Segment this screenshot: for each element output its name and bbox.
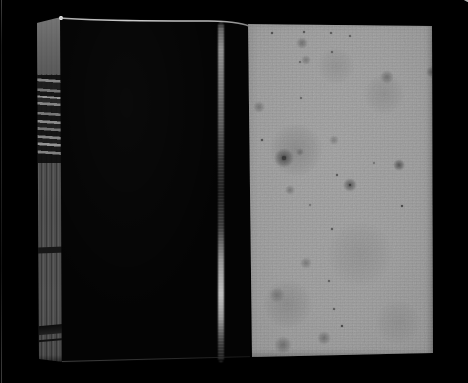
endpaper-page	[248, 22, 434, 357]
spine-tailcap-shadow	[36, 355, 65, 367]
paper-grain-texture	[248, 22, 434, 357]
corner-sliver-artifact	[463, 0, 468, 2]
scan-edge-artifact	[1, 0, 2, 383]
hinge-groove-highlight	[218, 22, 224, 362]
photo-of-book	[0, 0, 468, 383]
